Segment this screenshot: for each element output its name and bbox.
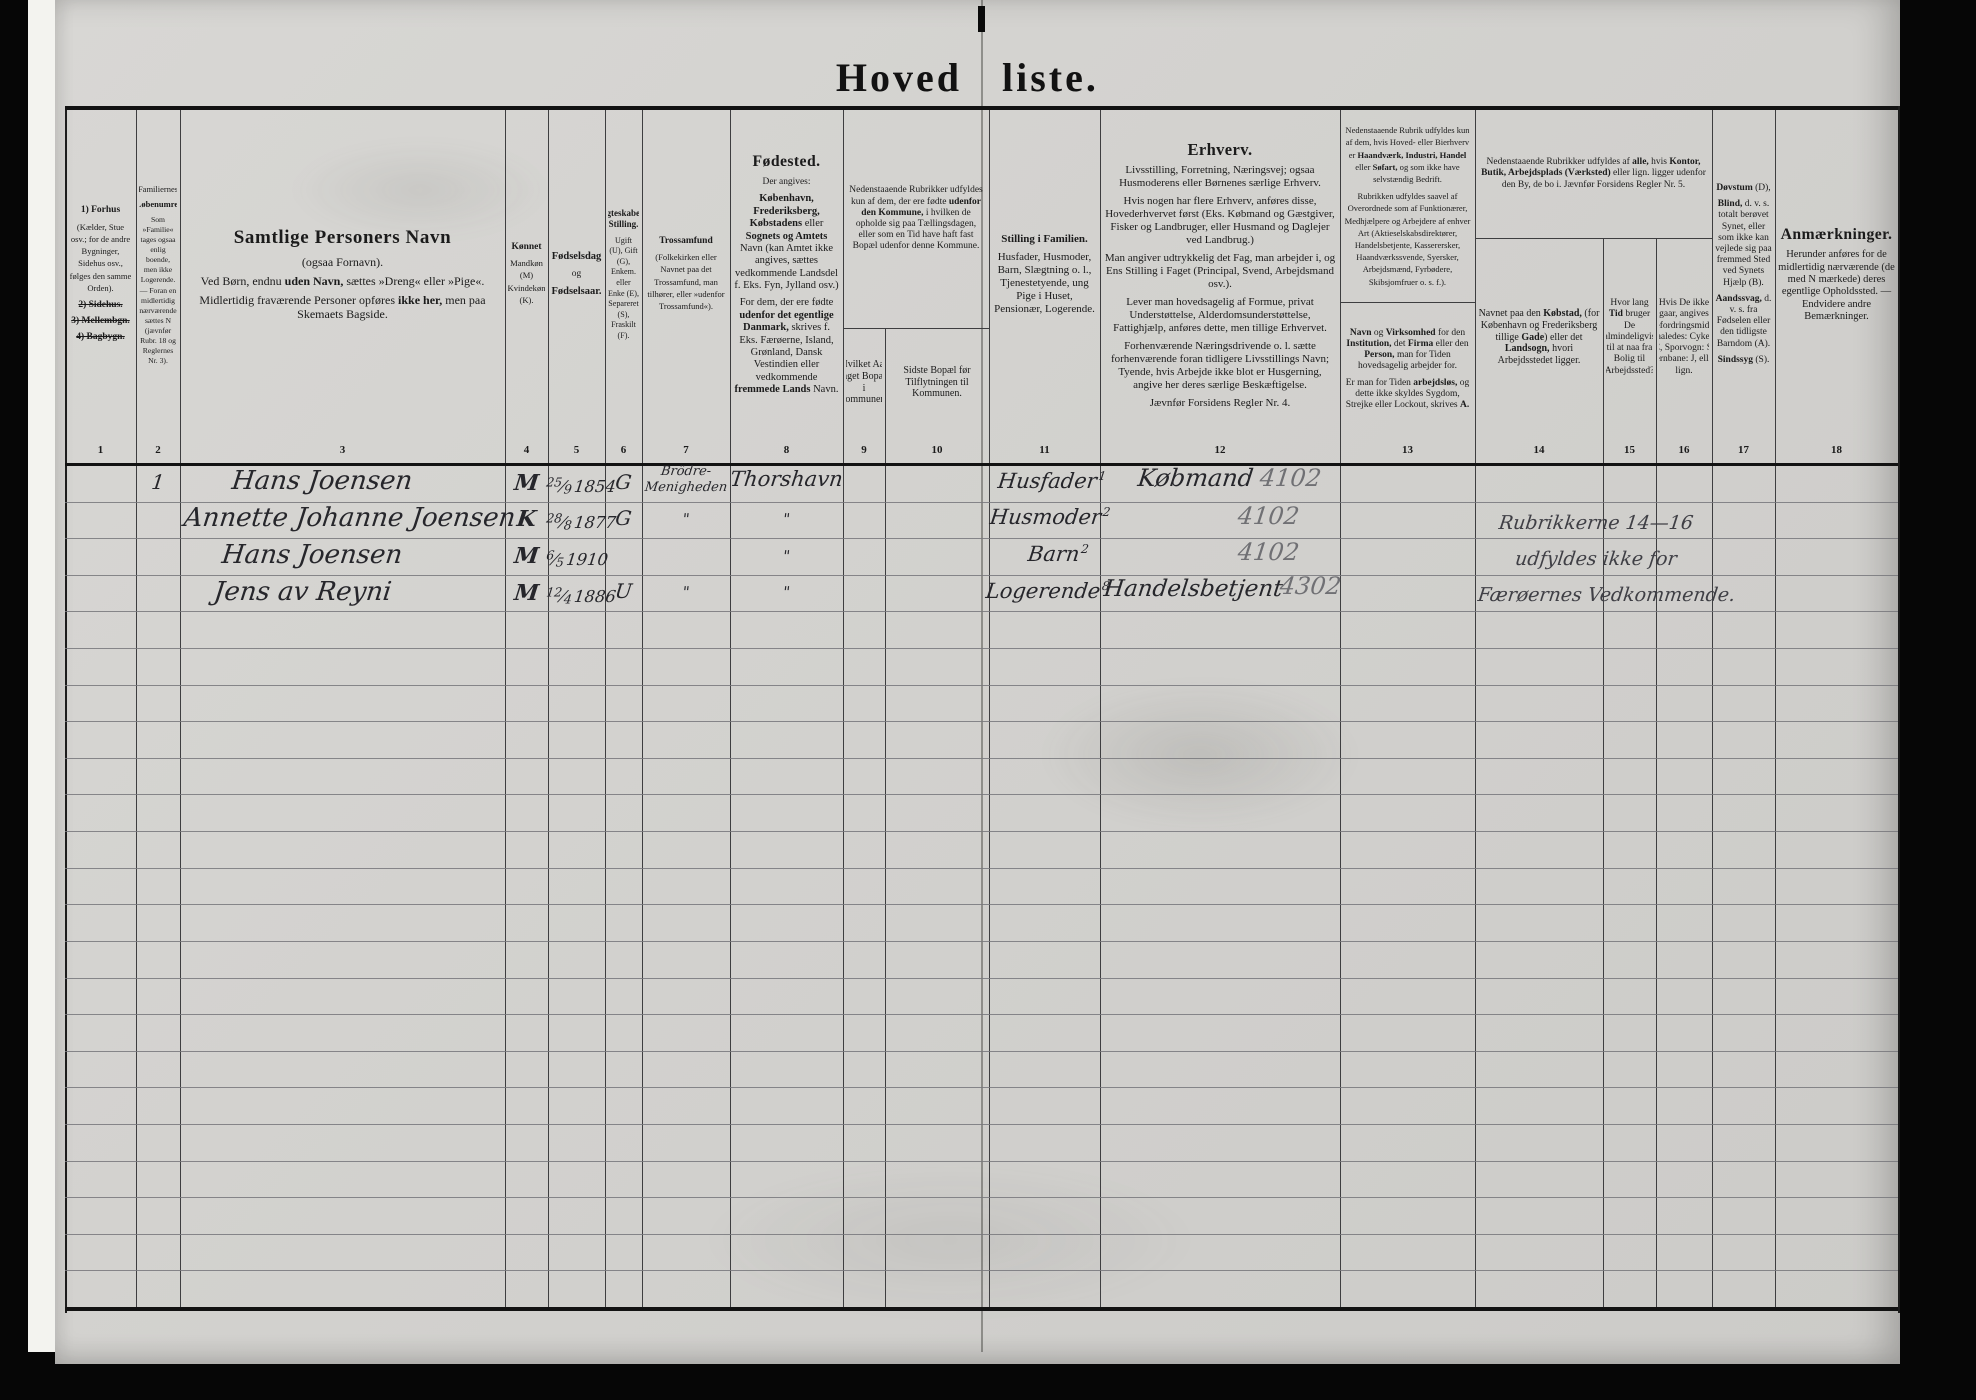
page-title: Hoved — [640, 54, 962, 101]
header-text: Ved Børn, endnu — [201, 274, 285, 288]
header-text: For dem, der ere fødte — [740, 297, 834, 308]
header-text: Navnet paa den — [1479, 308, 1544, 319]
header-col-14: Navnet paa den Købstad, (for København o… — [1478, 240, 1600, 435]
table-row-line — [65, 794, 1898, 795]
handwritten-family-position: Logerende8 — [985, 579, 1111, 603]
grid-vline — [605, 108, 606, 1307]
header-col-12: Erhverv.Livsstilling, Forretning, Næring… — [1103, 114, 1337, 435]
header-text: Forhenværende Næringsdrivende o. l. sætt… — [1111, 340, 1329, 391]
table-row-line — [65, 1124, 1898, 1125]
header-line: Nedenstaaende Rubrik udfyldes kun af dem… — [1344, 125, 1471, 186]
handwritten-faith-entry: Brödre- — [641, 464, 731, 479]
page-left-edge — [28, 0, 55, 1352]
handwritten-text: " — [782, 583, 791, 601]
side-note-line: udfyldes ikke for — [1477, 548, 1716, 570]
handwritten-text: Hans Joensen — [230, 466, 414, 496]
handwritten-marital-status: G — [604, 506, 644, 530]
header-line: Ugift (U), Gift (G), Enkem. eller Enke (… — [608, 235, 639, 341]
column-number-7: 7 — [642, 437, 730, 462]
table-row-line — [65, 575, 1898, 576]
header-text: Søfart, — [1373, 162, 1398, 172]
header-text: Mandkøn (M) Kvindekøn (K). — [508, 258, 545, 305]
handwritten-text: G — [614, 470, 633, 494]
group-9-10-split — [843, 328, 989, 329]
header-text: Navn — [1350, 328, 1372, 338]
handwritten-text: Annette Johanne Joensen — [182, 503, 517, 533]
header-text: Erhverv. — [1187, 140, 1252, 159]
handwritten-text: " — [681, 510, 690, 528]
header-text: Livsstilling, Forretning, Næringsvej; og… — [1119, 164, 1321, 189]
handwritten-birthplace: Thorshavn — [729, 467, 845, 491]
grid-vline — [1712, 108, 1713, 1307]
table-bottom-border — [65, 1307, 1898, 1311]
grid-vline — [989, 108, 990, 1307]
handwritten-birthdate: 6⁄51910 — [545, 546, 609, 570]
handwritten-family-position: Barn2 — [1027, 542, 1090, 566]
column-number-6: 6 — [605, 437, 642, 462]
header-text: 1) Forhus — [81, 205, 120, 215]
header-text: (S). — [1753, 355, 1769, 365]
header-text: Sindssyg — [1718, 355, 1753, 365]
handwritten-text: 4302 — [1278, 572, 1343, 600]
header-line: (Folkekirken eller Navnet paa det Trossa… — [645, 252, 727, 313]
header-line: For dem, der ere fødte udenfor det egent… — [733, 297, 840, 396]
handwritten-marital-status: G — [604, 470, 644, 494]
header-line: Man angiver udtrykkelig det Fag, man arb… — [1103, 252, 1337, 291]
header-text: Nedenstaaende Rubrikker udfyldes af — [1487, 157, 1633, 167]
header-line: Fødselsdag — [552, 251, 602, 263]
header-text: Hvis De ikke gaar, angives Befordringsmi… — [1659, 298, 1709, 375]
table-row-line — [65, 904, 1898, 905]
column-number-12: 12 — [1100, 437, 1340, 462]
column-number-14: 14 — [1475, 437, 1603, 462]
header-line: Trossamfund — [659, 236, 713, 247]
handwritten-text: Brödre- — [660, 464, 712, 479]
header-line: Mandkøn (M) Kvindekøn (K). — [508, 258, 545, 307]
header-text: eller — [1355, 162, 1372, 172]
header-line: Lever man hovedsagelig af Formue, privat… — [1103, 296, 1337, 335]
header-text: og — [572, 269, 581, 279]
birth-month: 8 — [563, 517, 573, 532]
table-row-line — [65, 1014, 1898, 1015]
header-text: Aandssvag, — [1716, 294, 1762, 304]
header-col-10: Sidste Bopæl før Tilflytningen til Kommu… — [888, 330, 986, 435]
handwritten-text: 1 — [150, 470, 166, 494]
table-row-line — [65, 1270, 1898, 1271]
header-col-1: 1) Forhus(Kælder, Stue osv.; for de andr… — [68, 114, 133, 435]
table-row-line — [65, 1161, 1898, 1162]
table-row-line — [65, 1051, 1898, 1052]
column-number-2: 2 — [136, 437, 180, 462]
header-line: Ved Børn, endnu uden Navn, sættes »Dreng… — [201, 274, 485, 288]
header-line: Rubrikken udfyldes saavel af Overordnede… — [1344, 191, 1471, 289]
handwritten-serial-number: 1 — [135, 470, 182, 494]
header-line: Familiernes — [139, 184, 177, 194]
handwritten-family-position: Husfader1 — [997, 469, 1107, 493]
handwritten-family-position: Husmoder2 — [989, 505, 1112, 529]
header-line: Nedenstaaende Rubrikker udfyldes kun af … — [848, 185, 984, 252]
table-row-line — [65, 868, 1898, 869]
header-col-2: FamiliernesLøbenumre.Som »Familie« tages… — [139, 114, 177, 435]
header-line: Stilling i Familien. — [1001, 233, 1087, 246]
header-line: Nedenstaaende Rubrikker udfyldes af alle… — [1481, 157, 1706, 191]
header-text: Kønnet — [511, 242, 541, 252]
header-text: 3) Mellembgn. — [71, 316, 130, 326]
header-text: Haandværk, Industri, Handel — [1358, 150, 1467, 160]
grid-vline — [642, 108, 643, 1307]
header-text: Fødselsdag — [552, 251, 602, 262]
handwritten-ditto-mark: " — [729, 510, 844, 528]
handwritten-text: Husfader — [997, 469, 1099, 493]
scanned-census-form: Hoved liste. 1) Forhus(Kælder, Stue osv.… — [0, 0, 1976, 1400]
handwritten-occupation-code: 4102 — [1236, 502, 1301, 530]
header-text: Købstad, — [1543, 308, 1582, 319]
header-col-3: Samtlige Personers Navn(ogsaa Fornavn).V… — [183, 114, 502, 435]
header-text: Institution, — [1346, 339, 1391, 349]
header-line: Navn og Virksomhed for den Institution, … — [1344, 328, 1471, 373]
birth-year: 1910 — [565, 550, 609, 569]
header-line: Løbenumre. — [139, 199, 177, 209]
header-text: Sognets og Amtets — [746, 231, 828, 242]
handwritten-text: Købmand — [1136, 464, 1255, 492]
handwritten-ditto-mark: " — [641, 583, 731, 601]
header-line: 3) Mellembgn. — [71, 316, 130, 327]
handwritten-occupation-code: 4302 — [1278, 572, 1343, 600]
header-line: Som »Familie« tages ogsaa enlig boende, … — [139, 214, 177, 364]
handwritten-text: G — [614, 506, 633, 530]
handwritten-text: Hans Joensen — [220, 540, 404, 570]
header-line: Livsstilling, Forretning, Næringsvej; og… — [1103, 164, 1337, 190]
header-text: Person, — [1364, 350, 1394, 360]
handwritten-text: " — [782, 510, 791, 528]
header-line: Hvilket Aar taget Bopæl i Kommunen? — [846, 359, 882, 406]
header-text: Familiernes — [139, 184, 177, 194]
table-row-line — [65, 721, 1898, 722]
header-text: 4) Bagbygn. — [76, 332, 125, 342]
header-line: København, Frederiksberg, Købstadens ell… — [733, 193, 840, 292]
header-line: Husfader, Husmoder, Barn, Slægtning o. l… — [992, 251, 1097, 316]
header-text: Rubrikken udfyldes saavel af Overordnede… — [1345, 191, 1471, 286]
grid-vline — [505, 108, 506, 1307]
birth-month: 9 — [563, 481, 573, 496]
table-row-line — [65, 758, 1898, 759]
col-13-split — [1340, 302, 1475, 303]
header-text: Tid — [1609, 309, 1623, 319]
grid-vline — [730, 108, 731, 1307]
table-top-border — [65, 106, 1898, 110]
handwritten-text: M — [513, 543, 541, 569]
header-line: Hvis De ikke gaar, angives Befordringsmi… — [1659, 298, 1709, 376]
handwritten-text: 4102 — [1236, 502, 1301, 530]
header-line: Erhverv. — [1187, 140, 1252, 159]
header-line: 1) Forhus — [81, 205, 120, 216]
group-14-16-split — [1475, 238, 1712, 239]
header-line: Fødselsaar. — [551, 286, 601, 298]
header-col-9: Hvilket Aar taget Bopæl i Kommunen? — [846, 330, 882, 435]
ink-bleedthrough-smudge — [700, 1160, 1200, 1320]
header-text: Navn. — [810, 384, 838, 395]
header-line: Ægteskabelig Stilling. — [608, 208, 639, 229]
header-text: A. — [1460, 400, 1469, 410]
handwritten-text: Barn — [1027, 542, 1081, 566]
header-text: Løbenumre. — [139, 199, 177, 209]
header-col-16: Hvis De ikke gaar, angives Befordringsmi… — [1659, 240, 1709, 435]
handwritten-person-name: Hans Joensen — [220, 540, 404, 570]
grid-vline — [1475, 108, 1476, 1307]
handwritten-text: M — [513, 470, 541, 496]
header-col-17: Døvstum (D),Blind, d. v. s. totalt berøv… — [1715, 114, 1772, 435]
header-text: arbejdsløs, — [1413, 378, 1457, 388]
header-text: sættes »Dreng« eller »Pige«. — [343, 274, 484, 288]
header-col-8: Fødested.Der angives:København, Frederik… — [733, 114, 840, 435]
birth-month: 4 — [563, 591, 573, 606]
side-note-line: Færøernes Vedkommende. — [1477, 584, 1716, 606]
handwritten-birthdate: 28⁄81877 — [545, 509, 609, 533]
header-text: Trossamfund — [659, 236, 713, 246]
table-row-line — [65, 685, 1898, 686]
table-right-border — [1898, 106, 1900, 1313]
header-line: Forhenværende Næringsdrivende o. l. sætt… — [1103, 340, 1337, 392]
handwritten-text: Menigheden — [644, 480, 728, 495]
header-col-7: Trossamfund(Folkekirken eller Navnet paa… — [645, 114, 727, 435]
header-text: Ægteskabelig Stilling. — [608, 208, 639, 229]
handwritten-ditto-mark: " — [641, 510, 731, 528]
handwritten-occupation: Købmand — [1136, 464, 1255, 492]
table-row-line — [65, 611, 1898, 612]
header-text: ikke her, — [398, 293, 442, 307]
header-text: Der angives: — [763, 177, 811, 187]
header-text: eller den — [1433, 339, 1468, 349]
page-title: liste. — [1002, 54, 1099, 101]
table-row-line — [65, 648, 1898, 649]
column-number-3: 3 — [180, 437, 505, 462]
header-line: Hvor lang Tid bruger De almindeligvis ti… — [1606, 298, 1653, 376]
handwritten-text: Handelsbetjent — [1102, 576, 1284, 602]
header-text: eller — [802, 218, 823, 229]
header-line: Døvstum (D), — [1716, 183, 1770, 194]
header-line: Blind, d. v. s. totalt berøvet Synet, el… — [1715, 199, 1772, 289]
handwritten-faith-entry: Menigheden — [641, 480, 731, 495]
header-text: ) eller det — [1544, 332, 1582, 343]
header-text: Husfader, Husmoder, Barn, Slægtning o. l… — [994, 251, 1095, 315]
header-text: Samtlige Personers Navn — [234, 227, 452, 248]
header-line: Navnet paa den Købstad, (for København o… — [1478, 308, 1600, 367]
grid-vline — [843, 108, 844, 1307]
header-col-6: Ægteskabelig Stilling.Ugift (U), Gift (G… — [608, 114, 639, 435]
header-text: uden Navn, — [285, 274, 344, 288]
header-line: Der angives: — [763, 176, 811, 188]
header-line: Sindssyg (S). — [1718, 355, 1770, 366]
grid-vline — [1603, 238, 1604, 1307]
header-text: Man angiver udtrykkelig det Fag, man arb… — [1105, 252, 1335, 290]
column-number-17: 17 — [1712, 437, 1775, 462]
header-text: Hvilket Aar taget Bopæl i Kommunen? — [846, 359, 882, 405]
header-line: Anmærkninger. — [1781, 226, 1893, 245]
header-col-4: KønnetMandkøn (M) Kvindekøn (K). — [508, 114, 545, 435]
header-line: Er man for Tiden arbejdsløs, og dette ik… — [1344, 378, 1471, 412]
header-col-13-lower: Navn og Virksomhed for den Institution, … — [1344, 304, 1471, 435]
header-text: 2) Sidehus. — [78, 300, 122, 310]
handwritten-text: Logerende — [985, 579, 1102, 603]
table-row-line — [65, 941, 1898, 942]
header-line: Kønnet — [511, 242, 541, 253]
header-text: (Folkekirken eller Navnet paa det Trossa… — [647, 252, 724, 311]
header-text: Blind, — [1718, 199, 1743, 209]
handwritten-birthdate: 25⁄91854 — [545, 473, 609, 497]
handwritten-code-sup: 2 — [1102, 505, 1111, 519]
table-row-line — [65, 538, 1898, 539]
header-line: Herunder anføres for de midlertidig nærv… — [1778, 249, 1895, 323]
header-text: Herunder anføres for de midlertidig nærv… — [1778, 249, 1895, 322]
handwritten-text: Husmoder — [989, 505, 1103, 529]
handwritten-occupation: Handelsbetjent — [1102, 576, 1284, 602]
header-text: Gade — [1521, 332, 1544, 343]
header-text: hvis — [1649, 157, 1670, 167]
column-number-5: 5 — [548, 437, 605, 462]
header-text: og — [1372, 328, 1386, 338]
grid-vline — [180, 108, 181, 1307]
header-text: (D), — [1753, 183, 1771, 193]
table-row-line — [65, 1234, 1898, 1235]
grid-vline — [548, 108, 549, 1307]
handwritten-person-name: Annette Johanne Joensen — [182, 503, 517, 533]
header-text: Jævnfør Forsidens Regler Nr. 4. — [1150, 397, 1291, 409]
header-text: Fødested. — [753, 153, 821, 170]
grid-vline — [1656, 238, 1657, 1307]
grid-vline — [1775, 108, 1776, 1307]
header-line: (ogsaa Fornavn). — [302, 255, 383, 269]
header-text: Anmærkninger. — [1781, 226, 1893, 243]
header-text: Lever man hovedsagelig af Formue, privat… — [1113, 296, 1327, 334]
header-col-13-upper: Nedenstaaende Rubrik udfyldes kun af dem… — [1344, 114, 1471, 300]
handwritten-ditto-mark: " — [729, 583, 844, 601]
column-number-1: 1 — [65, 437, 136, 462]
header-text: Som »Familie« tages ogsaa enlig boende, … — [139, 215, 176, 364]
table-left-border — [65, 106, 67, 1313]
header-col-5: FødselsdagogFødselsaar. — [551, 114, 602, 435]
header-col-15: Hvor lang Tid bruger De almindeligvis ti… — [1606, 240, 1653, 435]
handwritten-birthdate: 12⁄41886 — [545, 583, 609, 607]
handwritten-text: Thorshavn — [729, 467, 844, 491]
handwritten-sex-entry: M — [503, 470, 549, 496]
handwritten-text: U — [614, 579, 634, 603]
birth-month: 5 — [555, 554, 565, 569]
grid-vline — [1340, 108, 1341, 1307]
column-number-13: 13 — [1340, 437, 1475, 462]
header-text: Døvstum — [1716, 183, 1752, 193]
header-col-18: Anmærkninger.Herunder anføres for de mid… — [1778, 114, 1895, 435]
grid-vline — [1100, 108, 1101, 1307]
header-text: Hvor lang — [1610, 298, 1648, 308]
column-number-8: 8 — [730, 437, 843, 462]
header-text: Sidste Bopæl før Tilflytningen til Kommu… — [903, 365, 970, 400]
header-text: alle, — [1632, 157, 1649, 167]
column-number-10: 10 — [885, 437, 989, 462]
header-line: Jævnfør Forsidens Regler Nr. 4. — [1150, 397, 1291, 410]
handwritten-occupation-code: 4102 — [1258, 464, 1323, 492]
column-number-4: 4 — [505, 437, 548, 462]
ink-bleedthrough-smudge — [1040, 680, 1360, 830]
handwritten-text: K — [515, 506, 537, 532]
header-text: (ogsaa Fornavn). — [302, 255, 383, 269]
header-text: Fødselsaar. — [551, 286, 601, 297]
header-line: (Kælder, Stue osv.; for de andre Bygning… — [68, 222, 133, 295]
handwritten-text: Jens av Reyni — [212, 577, 393, 607]
handwritten-sex-entry: M — [503, 580, 549, 606]
table-row-line — [65, 831, 1898, 832]
header-text: (Kælder, Stue osv.; for de andre Bygning… — [70, 222, 132, 293]
handwritten-sex-entry: M — [503, 543, 549, 569]
handwritten-person-name: Jens av Reyni — [212, 577, 393, 607]
column-number-15: 15 — [1603, 437, 1656, 462]
header-line: 4) Bagbygn. — [76, 332, 125, 343]
header-line: Samtlige Personers Navn — [234, 227, 452, 249]
side-note-line: Rubrikkerne 14—16 — [1477, 512, 1716, 534]
header-group-14-16: Nedenstaaende Rubrikker udfyldes af alle… — [1481, 114, 1706, 234]
handwritten-text: 4102 — [1236, 538, 1301, 566]
header-text: Stilling i Familien. — [1001, 233, 1087, 245]
header-line: Aandssvag, d. v. s. fra Fødselen eller d… — [1715, 294, 1772, 350]
header-text: Er man for Tiden — [1346, 378, 1414, 388]
header-text: fremmede Lands — [735, 384, 811, 395]
header-text: Firma — [1408, 339, 1433, 349]
header-text: Hvis nogen har flere Erhverv, anføres di… — [1105, 195, 1335, 246]
handwritten-text: " — [681, 583, 690, 601]
header-text: Landsogn, — [1505, 343, 1550, 354]
table-row-line — [65, 978, 1898, 979]
column-number-9: 9 — [843, 437, 885, 462]
handwritten-text: 4102 — [1258, 464, 1323, 492]
table-row-line — [65, 1087, 1898, 1088]
handwritten-marital-status: U — [604, 579, 644, 603]
header-line: og — [572, 268, 581, 280]
column-number-18: 18 — [1775, 437, 1898, 462]
header-text: Virksomhed — [1386, 328, 1436, 338]
header-line: Hvis nogen har flere Erhverv, anføres di… — [1103, 195, 1337, 247]
column-number-16: 16 — [1656, 437, 1712, 462]
header-text: d. v. s. totalt berøvet Synet, eller som… — [1715, 199, 1771, 287]
fold-top-mark — [978, 6, 985, 32]
header-text: for den — [1436, 328, 1466, 338]
handwritten-person-name: Hans Joensen — [230, 466, 414, 496]
table-row-line — [65, 1197, 1898, 1198]
header-text: Navn (kan Amtet ikke angives, sættes ved… — [734, 243, 838, 291]
column-number-11: 11 — [989, 437, 1100, 462]
header-text: det — [1392, 339, 1408, 349]
header-text: Midlertidig fraværende Personer opføres — [199, 293, 398, 307]
handwritten-sex-entry: K — [503, 506, 549, 532]
header-line: 2) Sidehus. — [78, 300, 122, 311]
handwritten-ditto-mark: " — [729, 547, 844, 565]
header-group-9-10: Nedenstaaende Rubrikker udfyldes kun af … — [848, 114, 984, 324]
handwritten-text: " — [782, 547, 791, 565]
handwritten-text: M — [513, 580, 541, 606]
header-col-11: Stilling i Familien.Husfader, Husmoder, … — [992, 114, 1097, 435]
header-text: Ugift (U), Gift (G), Enkem. eller Enke (… — [608, 236, 639, 340]
header-line: Sidste Bopæl før Tilflytningen til Kommu… — [888, 365, 986, 400]
handwritten-occupation-code: 4102 — [1236, 538, 1301, 566]
header-line: Fødested. — [753, 153, 821, 172]
grid-vline — [136, 108, 137, 1307]
header-line: Midlertidig fraværende Personer opføres … — [183, 293, 502, 321]
